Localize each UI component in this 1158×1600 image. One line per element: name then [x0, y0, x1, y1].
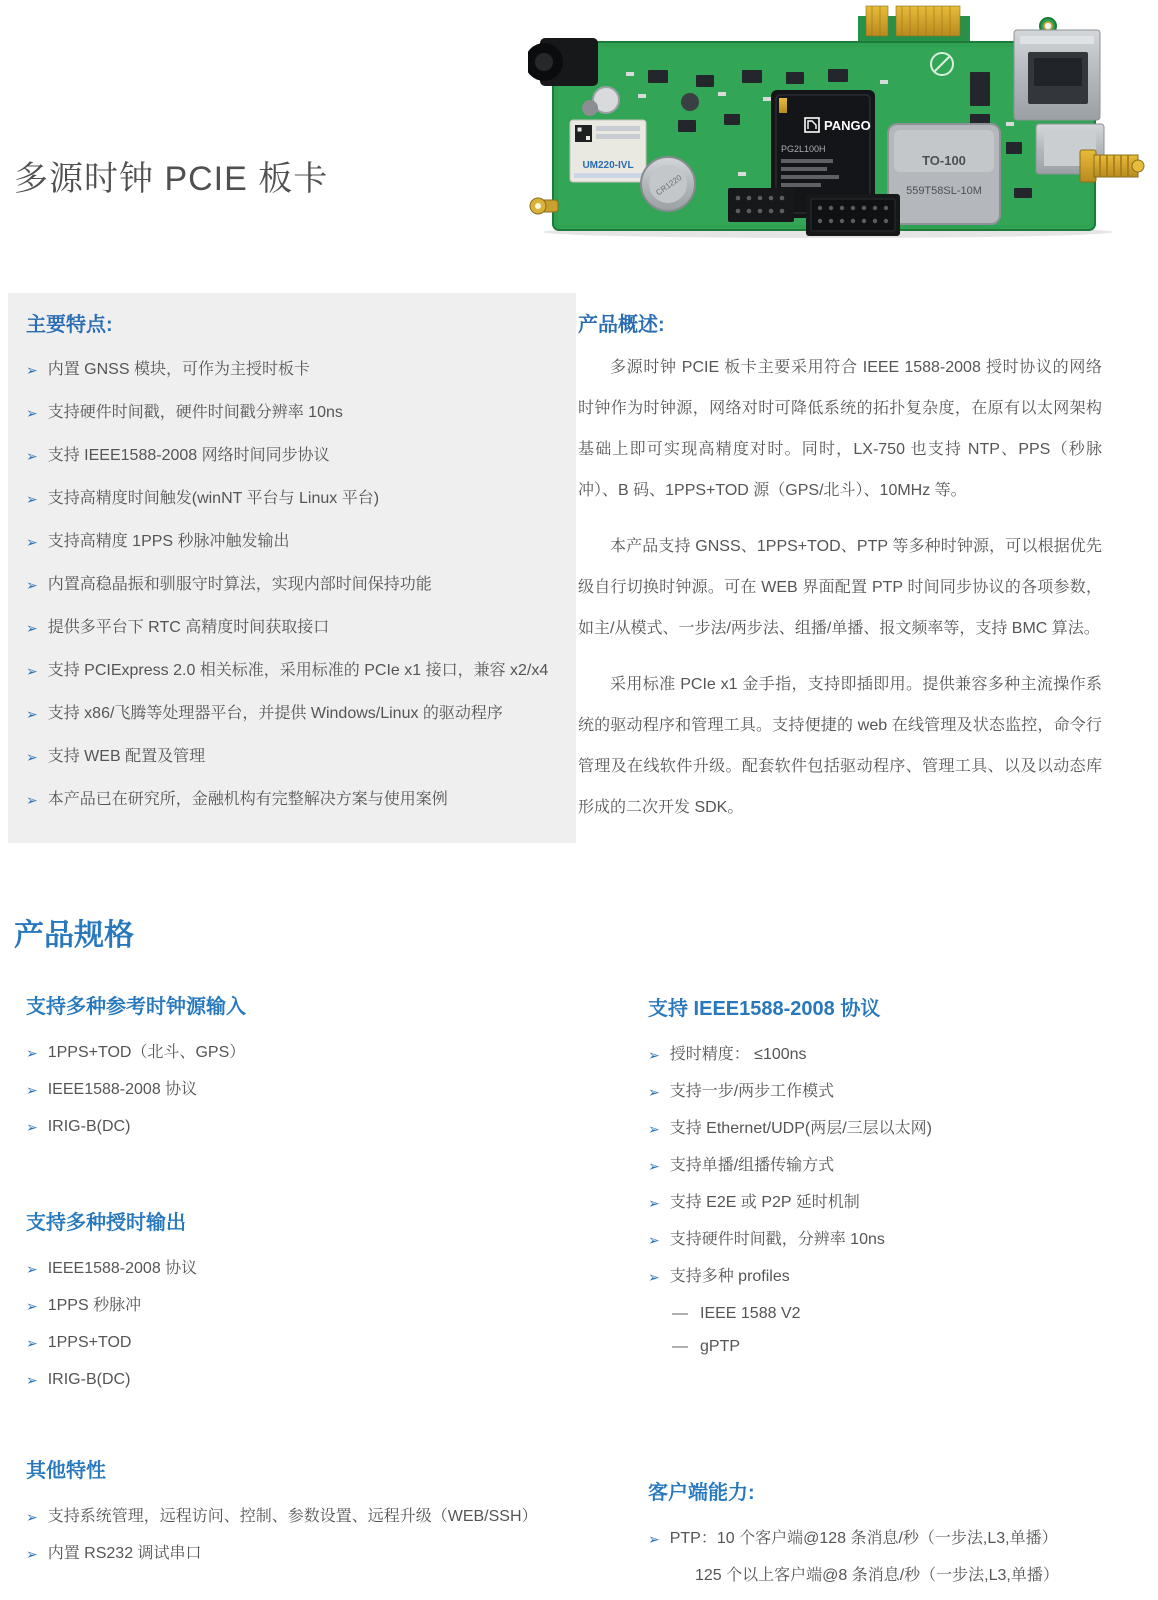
other-features-list: ➢ 支持系统管理，远程访问、控制、参数设置、远程升级（WEB/SSH） ➢ 内置… [26, 1508, 586, 1563]
spec-item-text: 内置 RS232 调试串口 [48, 1545, 202, 1562]
profile-item-text: IEEE 1588 V2 [700, 1305, 801, 1322]
spec-item: ➢ 内置 RS232 调试串口 [26, 1545, 586, 1563]
feature-item: ➢ 本产品已在研究所，金融机构有完整解决方案与使用案例 [26, 791, 564, 809]
spec-item: ➢ 支持系统管理，远程访问、控制、参数设置、远程升级（WEB/SSH） [26, 1508, 586, 1526]
power-jack [528, 38, 598, 86]
feature-item: ➢ 内置高稳晶振和驯服守时算法，实现内部时间保持功能 [26, 576, 564, 594]
spec-item: ➢ IEEE1588-2008 协议 [26, 1081, 571, 1099]
arrow-bullet-icon: ➢ [26, 1508, 38, 1526]
section-heading: 其他特性 [26, 1460, 586, 1482]
feature-item: ➢ 提供多平台下 RTC 高精度时间获取接口 [26, 619, 564, 637]
spec-item: ➢ 支持多种 profiles [648, 1268, 1153, 1286]
spec-item: ➢ IRIG-B(DC) [26, 1371, 571, 1389]
feature-item-text: 支持硬件时间戳，硬件时间戳分辨率 10ns [48, 404, 343, 422]
arrow-bullet-icon: ➢ [648, 1120, 660, 1138]
arrow-bullet-icon: ➢ [26, 1545, 38, 1563]
overview-paragraph-3: 采用标准 PCIe x1 金手指，支持即插即用。提供兼容多种主流操作系统的驱动程… [578, 664, 1102, 828]
arrow-bullet-icon: ➢ [26, 662, 38, 680]
spec-item-text: 支持单播/组播传输方式 [670, 1157, 834, 1174]
timing-outputs-list: ➢ IEEE1588-2008 协议 ➢ 1PPS 秒脉冲 ➢ 1PPS+TOD… [26, 1260, 571, 1389]
arrow-bullet-icon: ➢ [26, 1260, 38, 1278]
arrow-bullet-icon: ➢ [26, 533, 38, 551]
arrow-bullet-icon: ➢ [26, 1334, 38, 1352]
spec-item-text: IRIG-B(DC) [48, 1118, 131, 1135]
section-client-capability: 客户端能力: ➢ PTP：10 个客户端@128 条消息/秒（一步法,L3,单播… [648, 1482, 1158, 1585]
arrow-bullet-icon: ➢ [26, 1044, 38, 1062]
feature-item-text: 支持高精度时间触发(winNT 平台与 Linux 平台) [48, 490, 379, 508]
spec-item: ➢ 支持一步/两步工作模式 [648, 1083, 1153, 1101]
mounting-hole [1044, 22, 1052, 30]
spec-item-text: 支持多种 profiles [670, 1268, 790, 1285]
pcb-illustration: UM220-IVL CR1220 PANGO PG2L100H [528, 2, 1146, 238]
reference-inputs-list: ➢ 1PPS+TOD（北斗、GPS） ➢ IEEE1588-2008 协议 ➢ … [26, 1044, 571, 1136]
ocxo-model-label: TO-100 [922, 153, 966, 168]
profile-item: — IEEE 1588 V2 [672, 1305, 1153, 1322]
arrow-bullet-icon: ➢ [648, 1268, 660, 1286]
spec-item: ➢ IEEE1588-2008 协议 [26, 1260, 571, 1278]
overview-paragraph-1: 多源时钟 PCIE 板卡主要采用符合 IEEE 1588-2008 授时协议的网… [578, 347, 1102, 511]
section-other-features: 其他特性 ➢ 支持系统管理，远程访问、控制、参数设置、远程升级（WEB/SSH）… [26, 1460, 586, 1582]
spec-item: ➢ 支持单播/组播传输方式 [648, 1157, 1153, 1175]
specs-title: 产品规格 [14, 918, 134, 954]
spec-item-text: IEEE1588-2008 协议 [48, 1260, 197, 1277]
arrow-bullet-icon: ➢ [648, 1194, 660, 1212]
arrow-bullet-icon: ➢ [648, 1530, 660, 1548]
spec-item-text: 支持硬件时间戳，分辨率 10ns [670, 1231, 885, 1248]
arrow-bullet-icon: ➢ [26, 1297, 38, 1315]
sma-connector [1080, 150, 1144, 182]
spec-item: ➢ 1PPS+TOD [26, 1334, 571, 1352]
ieee1588-list: ➢ 授时精度： ≤100ns ➢ 支持一步/两步工作模式 ➢ 支持 Ethern… [648, 1046, 1153, 1286]
feature-item-text: 内置 GNSS 模块，可作为主授时板卡 [48, 361, 310, 379]
arrow-bullet-icon: ➢ [26, 791, 38, 809]
arrow-bullet-icon: ➢ [26, 361, 38, 379]
arrow-bullet-icon: ➢ [26, 1081, 38, 1099]
spec-item: ➢ 授时精度： ≤100ns [648, 1046, 1153, 1064]
spec-item-text: IEEE1588-2008 协议 [48, 1081, 197, 1098]
section-heading: 支持多种参考时钟源输入 [26, 996, 571, 1018]
feature-item-text: 提供多平台下 RTC 高精度时间获取接口 [48, 619, 330, 637]
client-line1-text: PTP：10 个客户端@128 条消息/秒（一步法,L3,单播） [670, 1530, 1058, 1548]
feature-item-text: 支持 IEEE1588-2008 网络时间同步协议 [48, 447, 330, 465]
coin-battery: CR1220 [641, 157, 695, 211]
spec-item: ➢ 支持硬件时间戳，分辨率 10ns [648, 1231, 1153, 1249]
spec-item-text: 支持系统管理，远程访问、控制、参数设置、远程升级（WEB/SSH） [48, 1508, 538, 1525]
feature-item: ➢ 支持 PCIExpress 2.0 相关标准，采用标准的 PCIe x1 接… [26, 662, 564, 680]
debug-header [728, 188, 794, 222]
ethernet-jack [1014, 30, 1100, 120]
overview-heading: 产品概述: [578, 313, 1102, 337]
antenna-connector [530, 198, 558, 214]
feature-item-text: 支持高精度 1PPS 秒脉冲触发输出 [48, 533, 290, 551]
arrow-bullet-icon: ➢ [26, 576, 38, 594]
spec-item-text: 支持 E2E 或 P2P 延时机制 [670, 1194, 860, 1211]
client-capability-line1: ➢ PTP：10 个客户端@128 条消息/秒（一步法,L3,单播） [648, 1530, 1158, 1548]
features-list: ➢ 内置 GNSS 模块，可作为主授时板卡 ➢ 支持硬件时间戳，硬件时间戳分辨率… [26, 361, 564, 809]
dash-bullet-icon: — [672, 1338, 688, 1355]
section-ieee1588: 支持 IEEE1588-2008 协议 ➢ 授时精度： ≤100ns ➢ 支持一… [648, 998, 1153, 1371]
ocxo-part-label: 559T58SL-10M [906, 185, 982, 197]
arrow-bullet-icon: ➢ [648, 1083, 660, 1101]
arrow-bullet-icon: ➢ [26, 705, 38, 723]
page-title: 多源时钟 PCIE 板卡 [14, 158, 328, 200]
section-heading: 客户端能力: [648, 1482, 1158, 1504]
arrow-bullet-icon: ➢ [26, 1118, 38, 1136]
arrow-bullet-icon: ➢ [26, 447, 38, 465]
section-heading: 支持 IEEE1588-2008 协议 [648, 998, 1153, 1020]
arrow-bullet-icon: ➢ [26, 404, 38, 422]
spec-item: ➢ 1PPS 秒脉冲 [26, 1297, 571, 1315]
feature-item: ➢ 支持 x86/飞腾等处理器平台，并提供 Windows/Linux 的驱动程… [26, 705, 564, 723]
feature-item: ➢ 内置 GNSS 模块，可作为主授时板卡 [26, 361, 564, 379]
spec-item-text: IRIG-B(DC) [48, 1371, 131, 1388]
spec-item-text: 支持一步/两步工作模式 [670, 1083, 834, 1100]
feature-item: ➢ 支持高精度 1PPS 秒脉冲触发输出 [26, 533, 564, 551]
arrow-bullet-icon: ➢ [26, 619, 38, 637]
gnss-module-label: UM220-IVL [582, 160, 633, 171]
feature-item: ➢ 支持 WEB 配置及管理 [26, 748, 564, 766]
profile-item: — gPTP [672, 1338, 1153, 1355]
features-heading: 主要特点: [26, 313, 564, 337]
arrow-bullet-icon: ➢ [26, 748, 38, 766]
feature-item-text: 本产品已在研究所，金融机构有完整解决方案与使用案例 [48, 791, 448, 809]
arrow-bullet-icon: ➢ [648, 1157, 660, 1175]
gnss-module: UM220-IVL [570, 120, 646, 182]
spec-item-text: 1PPS 秒脉冲 [48, 1297, 141, 1314]
overview-section: 产品概述: 多源时钟 PCIE 板卡主要采用符合 IEEE 1588-2008 … [578, 293, 1102, 843]
ocxo-module: TO-100 559T58SL-10M [888, 124, 1000, 224]
arrow-bullet-icon: ➢ [648, 1231, 660, 1249]
profiles-list: — IEEE 1588 V2 — gPTP [672, 1305, 1153, 1355]
feature-item: ➢ 支持 IEEE1588-2008 网络时间同步协议 [26, 447, 564, 465]
features-panel: 主要特点: ➢ 内置 GNSS 模块，可作为主授时板卡 ➢ 支持硬件时间戳，硬件… [8, 293, 576, 843]
feature-item: ➢ 支持硬件时间戳，硬件时间戳分辨率 10ns [26, 404, 564, 422]
spec-item: ➢ 1PPS+TOD（北斗、GPS） [26, 1044, 571, 1062]
spec-item-text: 支持 Ethernet/UDP(两层/三层以太网) [670, 1120, 932, 1137]
client-capability-line2: 125 个以上客户端@8 条消息/秒（一步法,L3,单播） [648, 1567, 1158, 1585]
spec-item-text: 授时精度： ≤100ns [670, 1046, 807, 1063]
io-header [806, 194, 900, 236]
profile-item-text: gPTP [700, 1338, 740, 1355]
fpga-part-label: PG2L100H [781, 144, 826, 154]
section-timing-outputs: 支持多种授时输出 ➢ IEEE1588-2008 协议 ➢ 1PPS 秒脉冲 ➢… [26, 1212, 571, 1408]
feature-item: ➢ 支持高精度时间触发(winNT 平台与 Linux 平台) [26, 490, 564, 508]
feature-item-text: 支持 PCIExpress 2.0 相关标准，采用标准的 PCIe x1 接口，… [48, 662, 549, 680]
feature-item-text: 支持 x86/飞腾等处理器平台，并提供 Windows/Linux 的驱动程序 [48, 705, 503, 723]
overview-paragraph-2: 本产品支持 GNSS、1PPS+TOD、PTP 等多种时钟源，可以根据优先级自行… [578, 526, 1102, 649]
arrow-bullet-icon: ➢ [648, 1046, 660, 1064]
spec-item: ➢ 支持 Ethernet/UDP(两层/三层以太网) [648, 1120, 1153, 1138]
feature-item-text: 内置高稳晶振和驯服守时算法，实现内部时间保持功能 [48, 576, 432, 594]
spec-item: ➢ 支持 E2E 或 P2P 延时机制 [648, 1194, 1153, 1212]
spec-item-text: 1PPS+TOD（北斗、GPS） [48, 1044, 246, 1061]
arrow-bullet-icon: ➢ [26, 490, 38, 508]
spec-item: ➢ IRIG-B(DC) [26, 1118, 571, 1136]
dash-bullet-icon: — [672, 1305, 688, 1322]
fpga-brand-label: PANGO [824, 118, 871, 133]
section-heading: 支持多种授时输出 [26, 1212, 571, 1234]
arrow-bullet-icon: ➢ [26, 1371, 38, 1389]
pcie-finger-tab-small [866, 6, 888, 36]
spec-item-text: 1PPS+TOD [48, 1334, 132, 1351]
pcb-photo: UM220-IVL CR1220 PANGO PG2L100H [528, 2, 1146, 243]
feature-item-text: 支持 WEB 配置及管理 [48, 748, 205, 766]
section-reference-inputs: 支持多种参考时钟源输入 ➢ 1PPS+TOD（北斗、GPS） ➢ IEEE158… [26, 996, 571, 1155]
